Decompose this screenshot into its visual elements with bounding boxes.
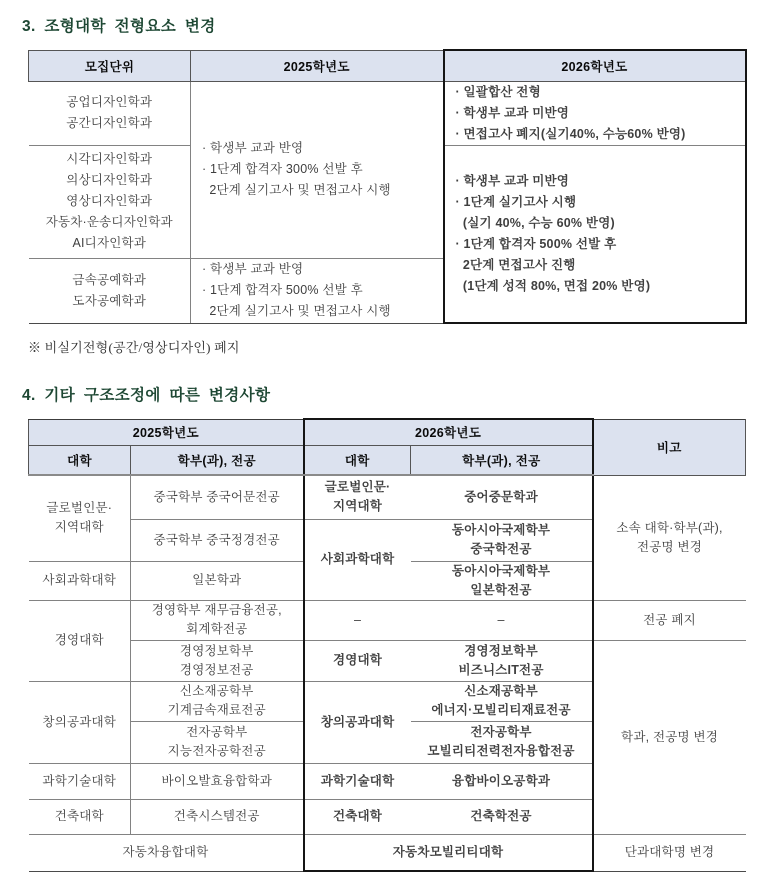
t2-r4-dept-2025: 경영학부 재무금융전공, 회계학전공 <box>131 600 304 640</box>
t2-r3-college-2025: 사회과학대학 <box>29 561 131 600</box>
t2-remark-r4: 전공 폐지 <box>593 600 746 640</box>
t2-r1-dept-2026: 중어중문학과 <box>411 475 593 519</box>
t2-r2-college-2026: 사회과학대학 <box>304 519 411 600</box>
t1-2025-group12: · 학생부 교과 반영 · 1단계 합격자 300% 선발 후 2단계 실기고사… <box>191 81 444 258</box>
t2-r4-college-2026: – <box>304 600 411 640</box>
t2-header-2026: 2026학년도 <box>304 419 593 445</box>
t2-r6-dept-2026: 신소재공학부 에너지·모빌리티재료전공 <box>411 681 593 721</box>
admission-elements-table: 모집단위 2025학년도 2026학년도 공업디자인학과 공간디자인학과 · 학… <box>28 49 747 324</box>
t1-units-group2: 시각디자인학과 의상디자인학과 영상디자인학과 자동차·운송디자인학과 AI디자… <box>29 145 191 258</box>
t2-r9-college-2026: 건축대학 <box>304 799 411 834</box>
t2-r2-dept-2026: 동아시아국제학부 중국학전공 <box>411 519 593 561</box>
t2-header-dept-2026: 학부(과), 전공 <box>411 445 593 475</box>
t2-r5-dept-2026: 경영정보학부 비즈니스IT전공 <box>411 640 593 681</box>
t2-r3-dept-2026: 동아시아국제학부 일본학전공 <box>411 561 593 600</box>
t2-r4-dept-2026: – <box>411 600 593 640</box>
t2-r4-college-2025: 경영대학 <box>29 600 131 681</box>
section4-title: 4. 기타 구조조정에 따른 변경사항 <box>22 383 747 405</box>
t2-r5-college-2026: 경영대학 <box>304 640 411 681</box>
t2-remark-r10: 단과대학명 변경 <box>593 834 746 871</box>
t2-header-college-2025: 대학 <box>29 445 131 475</box>
section3-title: 3. 조형대학 전형요소 변경 <box>22 14 747 36</box>
t2-remark-r1-3: 소속 대학·학부(과), 전공명 변경 <box>593 475 746 600</box>
t2-r9-dept-2026: 건축학전공 <box>411 799 593 834</box>
t2-r8-dept-2025: 바이오발효융합학과 <box>131 763 304 799</box>
t2-r10-name-2025: 자동차융합대학 <box>29 834 304 871</box>
t2-r8-college-2025: 과학기술대학 <box>29 763 131 799</box>
t2-r5-dept-2025: 경영정보학부 경영정보전공 <box>131 640 304 681</box>
t1-2025-group3: · 학생부 교과 반영 · 1단계 합격자 500% 선발 후 2단계 실기고사… <box>191 258 444 323</box>
t2-r1-college-2026: 글로벌인문· 지역대학 <box>304 475 411 519</box>
t2-r9-dept-2025: 건축시스템전공 <box>131 799 304 834</box>
restructuring-table: 2025학년도 2026학년도 비고 대학 학부(과), 전공 대학 학부(과)… <box>28 418 746 872</box>
t1-units-group1: 공업디자인학과 공간디자인학과 <box>29 81 191 145</box>
t2-r1-college-2025: 글로벌인문· 지역대학 <box>29 475 131 561</box>
t1-2026-group23: · 학생부 교과 미반영 · 1단계 실기고사 시행 (실기 40%, 수능 6… <box>444 145 746 323</box>
t1-units-group3: 금속공예학과 도자공예학과 <box>29 258 191 323</box>
t2-header-2025: 2025학년도 <box>29 419 304 445</box>
t2-remark-r5-9: 학과, 전공명 변경 <box>593 640 746 834</box>
t2-r8-college-2026: 과학기술대학 <box>304 763 411 799</box>
t1-header-units: 모집단위 <box>29 50 191 81</box>
t2-r7-dept-2026: 전자공학부 모빌리티전력전자융합전공 <box>411 721 593 763</box>
t2-r9-college-2025: 건축대학 <box>29 799 131 834</box>
t2-r8-dept-2026: 융합바이오공학과 <box>411 763 593 799</box>
t2-r6-college-2025: 창의공과대학 <box>29 681 131 763</box>
t2-header-remark: 비고 <box>593 419 746 475</box>
t2-r10-name-2026: 자동차모빌리티대학 <box>304 834 593 871</box>
t2-r7-dept-2025: 전자공학부 지능전자공학전공 <box>131 721 304 763</box>
t2-r1-dept-2025: 중국학부 중국어문전공 <box>131 475 304 519</box>
t2-r6-college-2026: 창의공과대학 <box>304 681 411 763</box>
footnote: ※ 비실기전형(공간/영상디자인) 폐지 <box>28 337 747 356</box>
t2-r2-dept-2025: 중국학부 중국정경전공 <box>131 519 304 561</box>
t2-header-dept-2025: 학부(과), 전공 <box>131 445 304 475</box>
t2-r3-dept-2025: 일본학과 <box>131 561 304 600</box>
t1-header-2026: 2026학년도 <box>444 50 746 81</box>
t2-r6-dept-2025: 신소재공학부 기계금속재료전공 <box>131 681 304 721</box>
t2-header-college-2026: 대학 <box>304 445 411 475</box>
document-page: 3. 조형대학 전형요소 변경 모집단위 2025학년도 2026학년도 공업디… <box>0 0 773 874</box>
t1-2026-group1: · 일괄합산 전형 · 학생부 교과 미반영 · 면접고사 폐지(실기40%, … <box>444 81 746 145</box>
t1-header-2025: 2025학년도 <box>191 50 444 81</box>
